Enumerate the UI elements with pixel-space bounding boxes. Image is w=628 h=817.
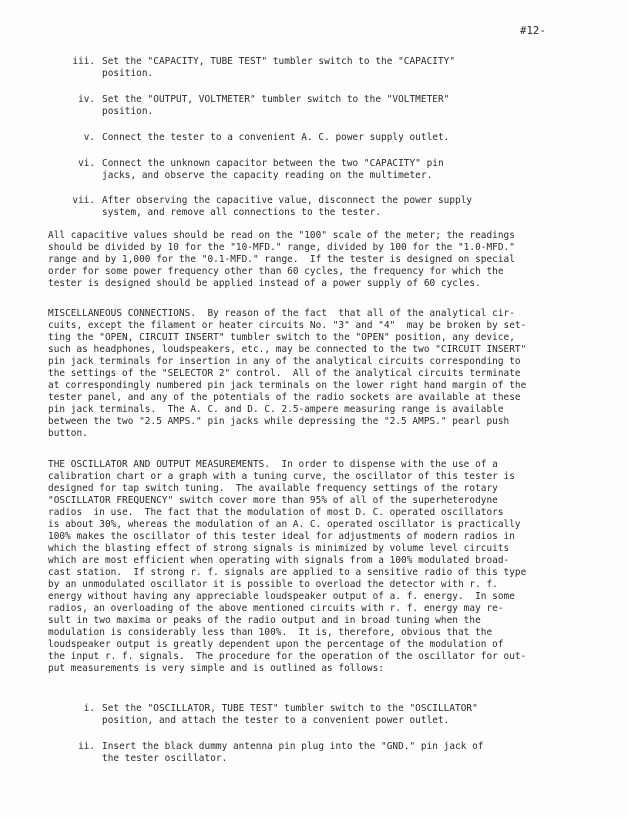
paragraph-line: which the blasting effect of strong sign…	[48, 543, 509, 555]
list-item-number: i.	[55, 703, 95, 715]
list-item-text: Connect the unknown capacitor between th…	[102, 158, 444, 170]
paragraph-line: order for some power frequency other tha…	[48, 266, 504, 278]
paragraph-line: cast station. If strong r. f. signals ar…	[48, 567, 526, 579]
paragraph-line: All capacitive values should be read on …	[48, 230, 515, 242]
list-item-number: vii.	[55, 195, 95, 207]
paragraph-line: the input r. f. signals. The procedure f…	[48, 651, 526, 663]
list-item-text: position.	[102, 106, 153, 118]
list-item-number: v.	[55, 132, 95, 144]
paragraph-line: range and by 1,000 for the "0.1-MFD." ra…	[48, 254, 515, 266]
paragraph-line: which are most efficient when operating …	[48, 555, 509, 567]
paragraph-line: should be divided by 10 for the "10-MFD.…	[48, 242, 515, 254]
paragraph-line: cuits, except the filament or heater cir…	[48, 320, 526, 332]
paragraph-line: calibration chart or a graph with a tuni…	[48, 471, 515, 483]
paragraph-line: "OSCILLATOR FREQUENCY" switch cover more…	[48, 495, 498, 507]
list-item-text: Set the "OUTPUT, VOLTMETER" tumbler swit…	[102, 94, 449, 106]
list-item-text: system, and remove all connections to th…	[102, 207, 381, 219]
paragraph-line: ting the "OPEN, CIRCUIT INSERT" tumbler …	[48, 332, 515, 344]
list-item-number: ii.	[55, 741, 95, 753]
list-item-text: position.	[102, 68, 153, 80]
list-item-text: the tester oscillator.	[102, 753, 227, 765]
document-page: #12- iii. Set the "CAPACITY, TUBE TEST" …	[0, 0, 628, 817]
paragraph-line: energy without having any appreciable lo…	[48, 591, 515, 603]
paragraph-line: tester panel, and any of the potentials …	[48, 392, 521, 404]
list-item-text: jacks, and observe the capacity reading …	[102, 170, 432, 182]
paragraph-line: MISCELLANEOUS CONNECTIONS. By reason of …	[48, 308, 515, 320]
paragraph-line: at correspondingly numbered pin jack ter…	[48, 380, 526, 392]
paragraph-line: sult in two maxima or peaks of the radio…	[48, 615, 481, 627]
list-item-text: position, and attach the tester to a con…	[102, 715, 449, 727]
paragraph-line: modulation is considerably less than 100…	[48, 627, 492, 639]
paragraph-line: pin jack terminals for insertion in any …	[48, 356, 521, 368]
paragraph-line: is about 30%, whereas the modulation of …	[48, 519, 521, 531]
list-item-number: vi.	[55, 158, 95, 170]
paragraph-line: pin jack terminals. The A. C. and D. C. …	[48, 404, 504, 416]
paragraph-line: between the two "2.5 AMPS." pin jacks wh…	[48, 416, 509, 428]
paragraph-line: 100% makes the oscillator of this tester…	[48, 531, 515, 543]
paragraph-line: the settings of the "SELECTOR 2" control…	[48, 368, 521, 380]
list-item-number: iv.	[55, 94, 95, 106]
list-item-text: Connect the tester to a convenient A. C.…	[102, 132, 449, 144]
paragraph-line: such as headphones, loudspeakers, etc., …	[48, 344, 526, 356]
paragraph-line: radios in use. The fact that the modulat…	[48, 507, 504, 519]
paragraph-line: tester is designed should be applied ins…	[48, 278, 481, 290]
list-item-number: iii.	[55, 56, 95, 68]
list-item-text: Set the "CAPACITY, TUBE TEST" tumbler sw…	[102, 56, 455, 68]
list-item-text: Insert the black dummy antenna pin plug …	[102, 741, 484, 753]
paragraph-line: THE OSCILLATOR AND OUTPUT MEASUREMENTS. …	[48, 459, 498, 471]
paragraph-line: radios, an overloading of the above ment…	[48, 603, 504, 615]
list-item-text: Set the "OSCILLATOR, TUBE TEST" tumbler …	[102, 703, 478, 715]
paragraph-line: by an unmodulated oscillator it is possi…	[48, 579, 498, 591]
page-number: #12-	[520, 25, 546, 37]
list-item-text: After observing the capacitive value, di…	[102, 195, 472, 207]
paragraph-line: designed for tap switch tuning. The avai…	[48, 483, 498, 495]
paragraph-line: loudspeaker output is greatly dependent …	[48, 639, 504, 651]
paragraph-line: put measurements is very simple and is o…	[48, 663, 384, 675]
paragraph-line: button.	[48, 428, 88, 440]
